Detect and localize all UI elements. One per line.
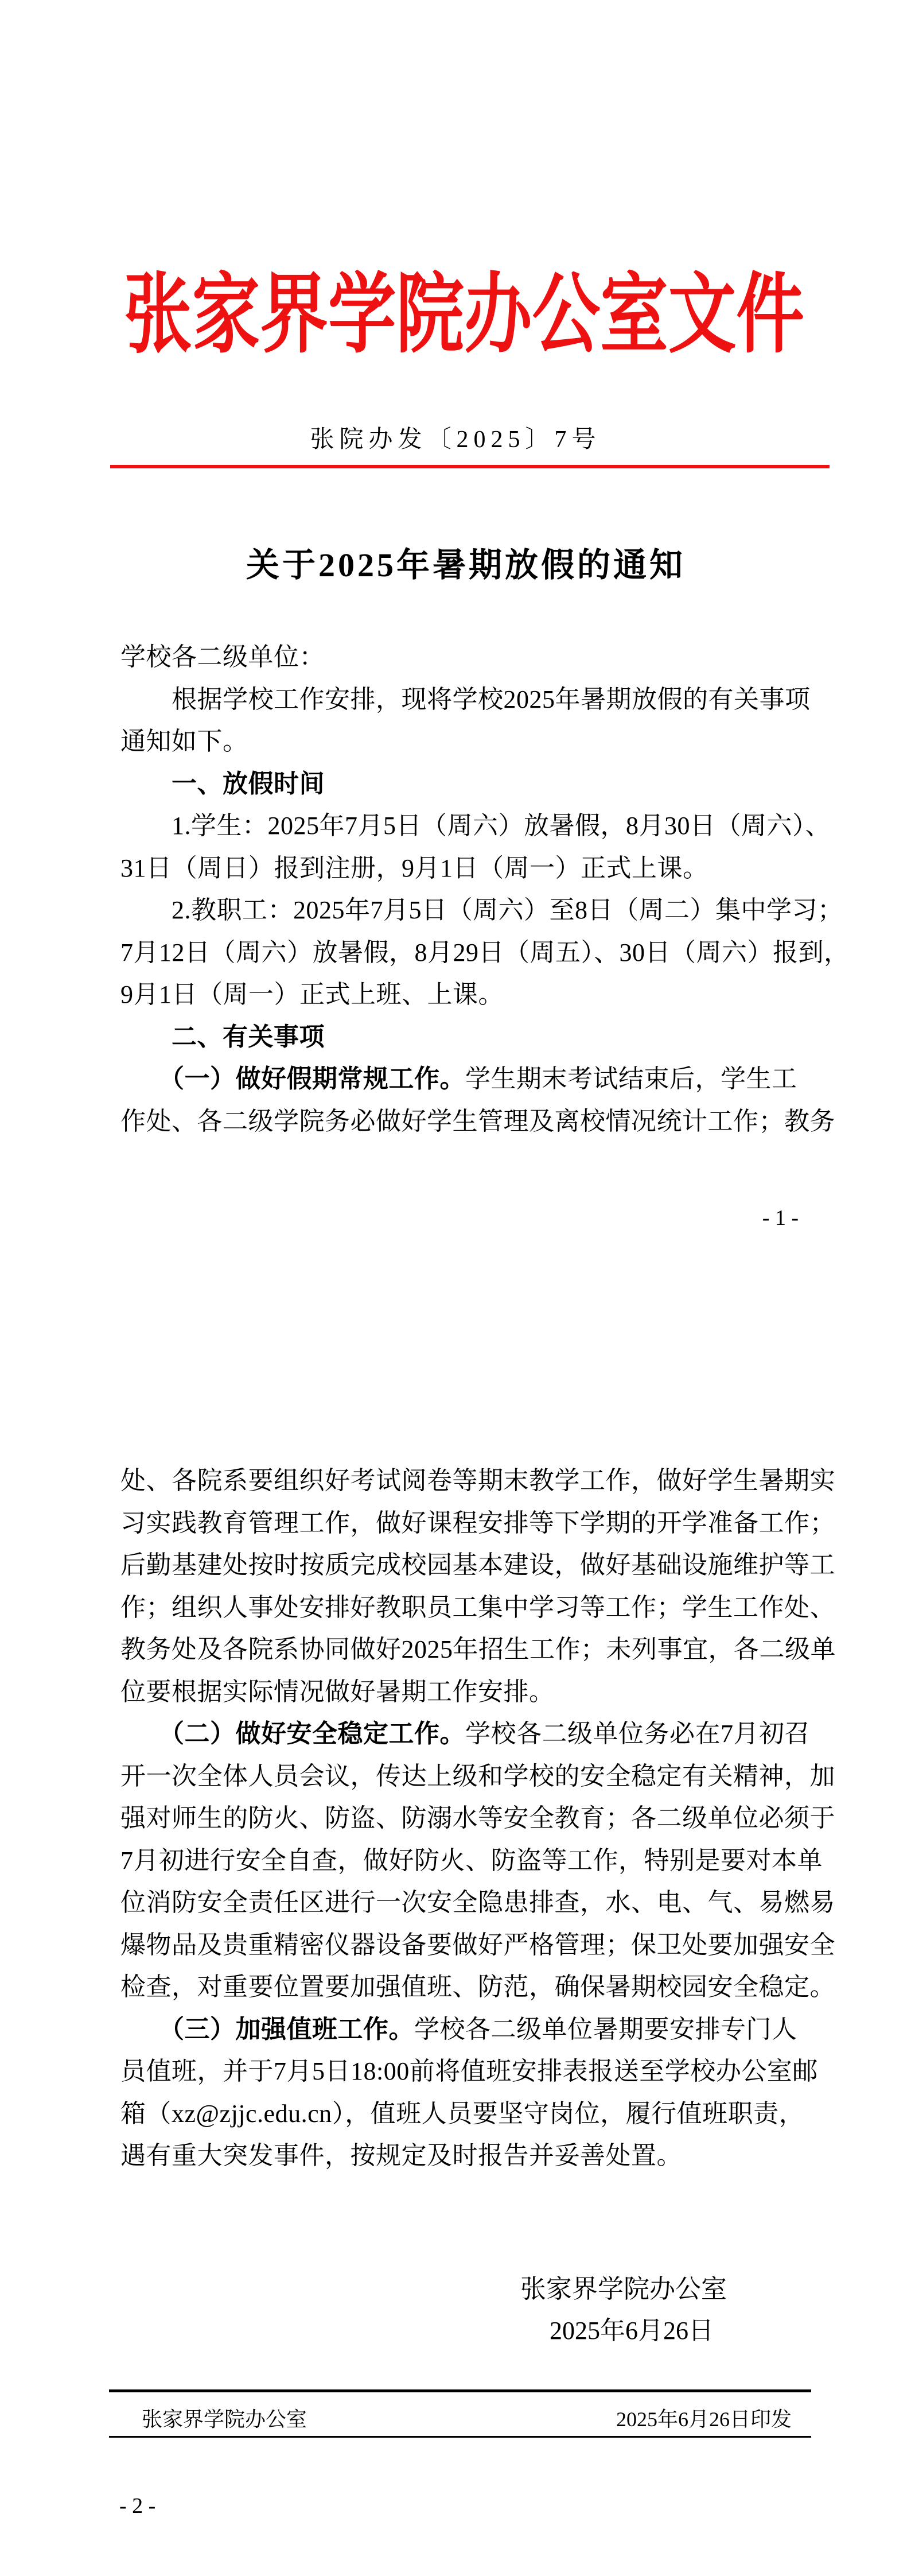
body-line: 后勤基建处按时按质完成校园基本建设，做好基础设施维护等工 xyxy=(120,1544,835,1586)
body-text: 作；组织人事处安排好教职员工集中学习等工作；学生工作处、 xyxy=(120,1593,835,1621)
page-number-2: - 2 - xyxy=(119,2494,155,2517)
body-text-bold: （三）加强值班工作。 xyxy=(172,2015,414,2043)
body-text: 遇有重大突发事件，按规定及时报告并妥善处置。 xyxy=(120,2142,682,2170)
body-text: 箱（xz@zjjc.edu.cn），值班人员要坚守岗位，履行值班职责， xyxy=(120,2100,804,2128)
body-text-bold: 一、放假时间 xyxy=(120,770,325,798)
body-text: 学校各二级单位： xyxy=(120,643,325,671)
page-1: 张家界学院办公室文件 张院办发〔2025〕7号 关于2025年暑期放假的通知 学… xyxy=(0,0,911,1288)
body-text: 2.教职工：2025年7月5日（周六）至8日（周二）集中学习； xyxy=(120,896,843,924)
body-text: 位消防安全责任区进行一次安全隐患排查，水、电、气、易燃易 xyxy=(120,1888,835,1917)
signature-organization: 张家界学院办公室 xyxy=(520,2275,727,2303)
page2-body: 处、各院系要组织好考试阅卷等期末教学工作，做好学生暑期实习实践教育管理工作，做好… xyxy=(120,1460,835,2177)
footer-issuing-office: 张家界学院办公室 xyxy=(142,2408,307,2431)
body-text: 位要根据实际情况做好暑期工作安排。 xyxy=(120,1678,555,1706)
body-line: （三）加强值班工作。学校各二级单位暑期要安排专门人 xyxy=(120,2008,835,2051)
body-line: 作处、各二级学院务必做好学生管理及离校情况统计工作；教务 xyxy=(120,1100,835,1143)
body-text: 7月初进行安全自查，做好防火、防盗等工作，特别是要对本单 xyxy=(120,1846,823,1875)
body-line: 遇有重大突发事件，按规定及时报告并妥善处置。 xyxy=(120,2135,835,2177)
body-line: 二、有关事项 xyxy=(120,1016,835,1058)
body-line: 爆物品及贵重精密仪器设备要做好严格管理；保卫处要加强安全 xyxy=(120,1924,835,1966)
document-number: 张院办发〔2025〕7号 xyxy=(0,425,911,455)
body-line: 位消防安全责任区进行一次安全隐患排查，水、电、气、易燃易 xyxy=(120,1881,835,1924)
body-text-bold: 二、有关事项 xyxy=(120,1023,325,1051)
body-line: 作；组织人事处安排好教职员工集中学习等工作；学生工作处、 xyxy=(120,1586,835,1629)
body-line: 习实践教育管理工作，做好课程安排等下学期的开学准备工作； xyxy=(120,1502,835,1545)
body-text xyxy=(120,1720,172,1748)
body-text: 习实践教育管理工作，做好课程安排等下学期的开学准备工作； xyxy=(120,1509,835,1537)
signature-date: 2025年6月26日 xyxy=(550,2317,714,2345)
body-text: 学校各二级单位暑期要安排专门人 xyxy=(414,2015,797,2043)
page1-body: 学校各二级单位： 根据学校工作安排，现将学校2025年暑期放假的有关事项通知如下… xyxy=(120,636,835,1142)
body-line: 强对师生的防火、防盗、防溺水等安全教育；各二级单位必须于 xyxy=(120,1797,835,1840)
body-text: 31日（周日）报到注册，9月1日（周一）正式上课。 xyxy=(120,854,708,882)
body-text: 通知如下。 xyxy=(120,727,248,755)
body-line: 处、各院系要组织好考试阅卷等期末教学工作，做好学生暑期实 xyxy=(120,1460,835,1502)
body-text xyxy=(120,1065,172,1093)
body-line: 教务处及各院系协同做好2025年招生工作；未列事宜，各二级单 xyxy=(120,1628,835,1671)
notice-title: 关于2025年暑期放假的通知 xyxy=(10,545,911,585)
page-number-1: - 1 - xyxy=(762,1206,799,1229)
body-text: 教务处及各院系协同做好2025年招生工作；未列事宜，各二级单 xyxy=(120,1635,836,1663)
body-text: 7月12日（周六）放暑假，8月29日（周五）、30日（周六）报到， xyxy=(120,938,850,967)
body-line: 学校各二级单位： xyxy=(120,636,835,678)
body-text: 学校各二级单位务必在7月初召 xyxy=(465,1720,810,1748)
body-line: 2.教职工：2025年7月5日（周六）至8日（周二）集中学习； xyxy=(120,889,835,932)
body-text: 处、各院系要组织好考试阅卷等期末教学工作，做好学生暑期实 xyxy=(120,1467,835,1495)
body-line: 31日（周日）报到注册，9月1日（周一）正式上课。 xyxy=(120,847,835,890)
body-line: 员值班，并于7月5日18:00前将值班安排表报送至学校办公室邮 xyxy=(120,2050,835,2093)
body-line: 通知如下。 xyxy=(120,720,835,763)
body-line: 1.学生：2025年7月5日（周六）放暑假，8月30日（周六）、 xyxy=(120,805,835,847)
body-text: 后勤基建处按时按质完成校园基本建设，做好基础设施维护等工 xyxy=(120,1551,835,1579)
body-line: 根据学校工作安排，现将学校2025年暑期放假的有关事项 xyxy=(120,678,835,721)
body-text: 1.学生：2025年7月5日（周六）放暑假，8月30日（周六）、 xyxy=(120,812,831,840)
footer-top-rule xyxy=(109,2389,811,2392)
body-text xyxy=(120,2015,172,2043)
body-text: 9月1日（周一）正式上班、上课。 xyxy=(120,980,504,1008)
body-line: 检查，对重要位置要加强值班、防范，确保暑期校园安全稳定。 xyxy=(120,1966,835,2008)
body-text: 作处、各二级学院务必做好学生管理及离校情况统计工作；教务 xyxy=(120,1107,835,1135)
footer-bottom-rule xyxy=(109,2436,811,2438)
official-document: 张家界学院办公室文件 张院办发〔2025〕7号 关于2025年暑期放假的通知 学… xyxy=(0,0,911,2576)
body-line: （二）做好安全稳定工作。学校各二级单位务必在7月初召 xyxy=(120,1713,835,1755)
body-text: 开一次全体人员会议，传达上级和学校的安全稳定有关精神，加 xyxy=(120,1762,835,1790)
body-text-bold: （二）做好安全稳定工作。 xyxy=(172,1720,465,1748)
body-line: 9月1日（周一）正式上班、上课。 xyxy=(120,973,835,1016)
body-line: 位要根据实际情况做好暑期工作安排。 xyxy=(120,1671,835,1713)
body-text: 学生期末考试结束后，学生工 xyxy=(465,1065,797,1093)
body-line: 开一次全体人员会议，传达上级和学校的安全稳定有关精神，加 xyxy=(120,1755,835,1798)
page-2: 处、各院系要组织好考试阅卷等期末教学工作，做好学生暑期实习实践教育管理工作，做好… xyxy=(0,1288,911,2576)
body-line: 一、放假时间 xyxy=(120,763,835,805)
body-line: 7月12日（周六）放暑假，8月29日（周五）、30日（周六）报到， xyxy=(120,932,835,974)
footer-print-date: 2025年6月26日印发 xyxy=(616,2408,792,2431)
body-text: 员值班，并于7月5日18:00前将值班安排表报送至学校办公室邮 xyxy=(120,2057,818,2085)
body-text: 检查，对重要位置要加强值班、防范，确保暑期校园安全稳定。 xyxy=(120,1973,835,2001)
body-line: 箱（xz@zjjc.edu.cn），值班人员要坚守岗位，履行值班职责， xyxy=(120,2093,835,2135)
body-text: 爆物品及贵重精密仪器设备要做好严格管理；保卫处要加强安全 xyxy=(120,1931,835,1959)
red-letterhead-title: 张家界学院办公室文件 xyxy=(109,265,820,366)
body-text-bold: （一）做好假期常规工作。 xyxy=(172,1065,465,1093)
body-text: 根据学校工作安排，现将学校2025年暑期放假的有关事项 xyxy=(120,685,811,713)
body-line: （一）做好假期常规工作。学生期末考试结束后，学生工 xyxy=(120,1058,835,1100)
body-text: 强对师生的防火、防盗、防溺水等安全教育；各二级单位必须于 xyxy=(120,1804,835,1832)
body-line: 7月初进行安全自查，做好防火、防盗等工作，特别是要对本单 xyxy=(120,1840,835,1882)
red-divider-rule xyxy=(110,465,830,468)
